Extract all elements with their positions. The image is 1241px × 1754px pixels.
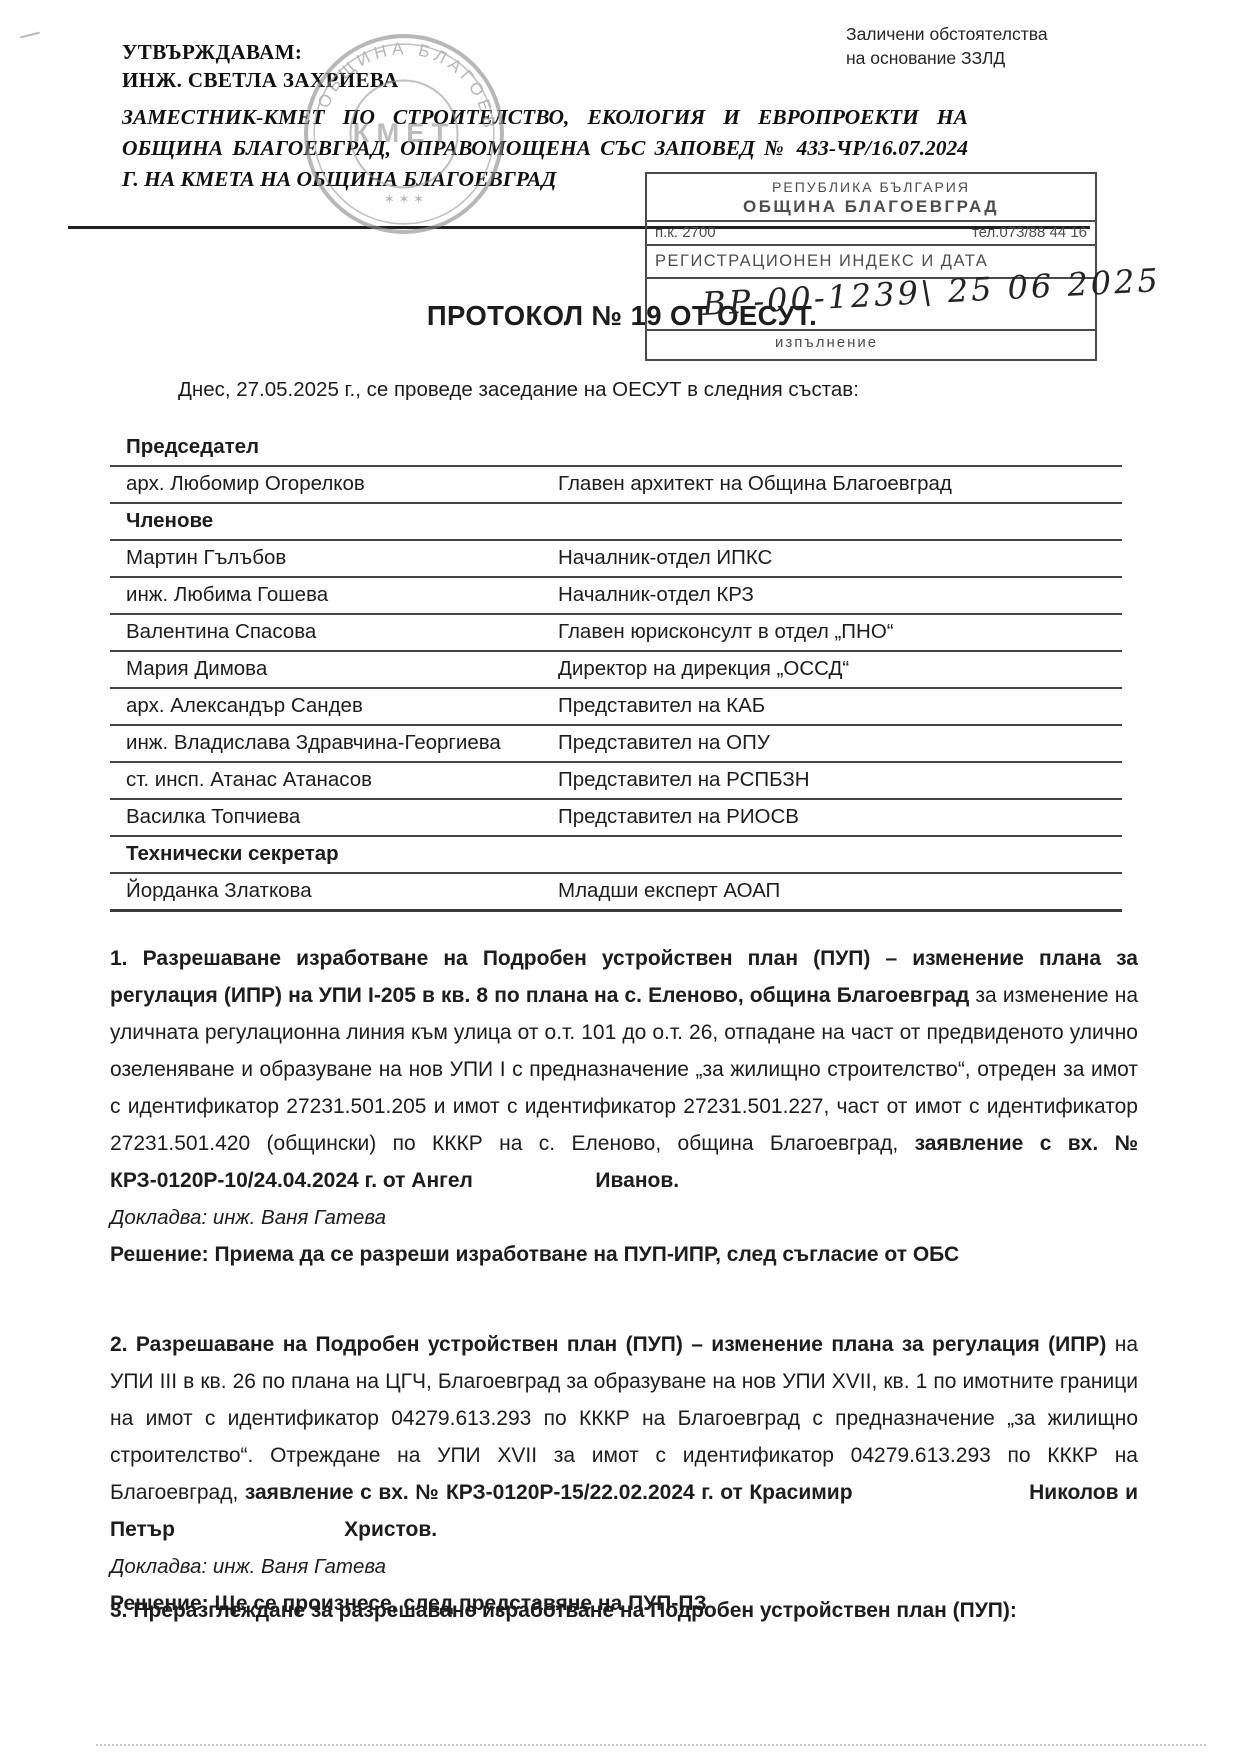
scan-corner-artifact — [20, 32, 40, 39]
member-name: инж. Любима Гошева — [110, 577, 542, 614]
member-name: инж. Владислава Здравчина-Георгиева — [110, 725, 542, 762]
member-role: Главен архитект на Община Благоевград — [542, 466, 1122, 503]
approver-title-line1: ЗАМЕСТНИК-КМЕТ ПО СТРОИТЕЛСТВО, ЕКОЛОГИЯ… — [122, 102, 968, 133]
scanned-protocol-page: Заличени обстоятелства на основание ЗЗЛД… — [0, 0, 1241, 1754]
member-name: Йорданка Златкова — [110, 873, 542, 911]
agenda-item-2: 2. Разрешаване на Подробен устройствен п… — [110, 1326, 1138, 1622]
member-role: Директор на дирекция „ОССД“ — [542, 651, 1122, 688]
member-name: арх. Александър Сандев — [110, 688, 542, 725]
registry-stamp-municipality: ОБЩИНА БЛАГОЕВГРАД — [651, 197, 1091, 217]
council-section-label: Технически секретар — [110, 836, 1122, 873]
member-role: Началник-отдел КРЗ — [542, 577, 1122, 614]
member-role: Младши експерт АОАП — [542, 873, 1122, 911]
registry-stamp-postal: п.к. 2700 — [655, 224, 716, 241]
intro-line: Днес, 27.05.2025 г., се проведе заседани… — [178, 378, 859, 402]
agenda-item-1: 1. Разрешаване изработване на Подробен у… — [110, 940, 1138, 1273]
council-member-row: инж. Любима Гошева Началник-отдел КРЗ — [110, 577, 1122, 614]
item-text-bold: заявление с вх. № КРЗ-0120Р-15/22.02.202… — [110, 1481, 1138, 1541]
member-name: Мартин Гълъбов — [110, 540, 542, 577]
member-name: Мария Димова — [110, 651, 542, 688]
council-member-row: Василка Топчиева Представител на РИОСВ — [110, 799, 1122, 836]
member-role: Представител на РИОСВ — [542, 799, 1122, 836]
agenda-item-2-reporter: Докладва: инж. Ваня Гатева — [110, 1548, 1138, 1585]
approver-name: ИНЖ. СВЕТЛА ЗАХРИЕВА — [122, 66, 968, 94]
scan-bottom-artifact — [96, 1744, 1206, 1746]
registry-stamp-index-row: ВР-00-1239\ 25 06 2025 — [647, 279, 1095, 331]
approval-label: УТВЪРЖДАВАМ: — [122, 38, 968, 66]
item-text-bold: 2. Разрешаване на Подробен устройствен п… — [110, 1333, 1115, 1356]
agenda-item-1-paragraph: 1. Разрешаване изработване на Подробен у… — [110, 940, 1138, 1199]
council-section-chairman: Председател — [110, 430, 1122, 466]
council-member-row: ст. инсп. Атанас Атанасов Представител н… — [110, 762, 1122, 799]
member-role: Представител на ОПУ — [542, 725, 1122, 762]
item-text: за изменение на уличната регулационна ли… — [110, 984, 1138, 1155]
council-member-row: Валентина Спасова Главен юрисконсулт в о… — [110, 614, 1122, 651]
member-name: ст. инсп. Атанас Атанасов — [110, 762, 542, 799]
council-section-members: Членове — [110, 503, 1122, 540]
member-name: Валентина Спасова — [110, 614, 542, 651]
registry-stamp-footer: изпълнение — [647, 331, 1095, 359]
council-table: Председател арх. Любомир Огорелков Главе… — [110, 430, 1122, 912]
council-member-row: арх. Любомир Огорелков Главен архитект н… — [110, 466, 1122, 503]
member-name: Василка Топчиева — [110, 799, 542, 836]
council-section-secretary: Технически секретар — [110, 836, 1122, 873]
member-role: Представител на РСПБЗН — [542, 762, 1122, 799]
registry-stamp-country: РЕПУБЛИКА БЪЛГАРИЯ — [651, 179, 1091, 195]
agenda-item-2-paragraph: 2. Разрешаване на Подробен устройствен п… — [110, 1326, 1138, 1548]
council-member-row: Мартин Гълъбов Началник-отдел ИПКС — [110, 540, 1122, 577]
council-section-label: Членове — [110, 503, 1122, 540]
council-section-label: Председател — [110, 430, 1122, 466]
approver-title-line2: ОБЩИНА БЛАГОЕВГРАД, ОПРАВОМОЩЕНА СЪС ЗАП… — [122, 133, 968, 164]
member-role: Началник-отдел ИПКС — [542, 540, 1122, 577]
member-name: арх. Любомир Огорелков — [110, 466, 542, 503]
council-member-row: арх. Александър Сандев Представител на К… — [110, 688, 1122, 725]
agenda-item-1-decision: Решение: Приема да се разреши изработван… — [110, 1236, 1138, 1273]
agenda-item-3-paragraph: 3. Преразглеждане за разрешаване изработ… — [110, 1592, 1138, 1629]
council-member-row: Йорданка Златкова Младши експерт АОАП — [110, 873, 1122, 911]
member-role: Главен юрисконсулт в отдел „ПНО“ — [542, 614, 1122, 651]
registry-stamp-header: РЕПУБЛИКА БЪЛГАРИЯ ОБЩИНА БЛАГОЕВГРАД — [647, 174, 1095, 222]
council-member-row: Мария Димова Директор на дирекция „ОССД“ — [110, 651, 1122, 688]
registry-stamp-contacts: п.к. 2700 тел.073/88 44 16 — [647, 222, 1095, 246]
agenda-item-1-reporter: Докладва: инж. Ваня Гатева — [110, 1199, 1138, 1236]
registry-stamp-phone: тел.073/88 44 16 — [972, 224, 1087, 241]
item-text: на УПИ III в кв. 26 по плана на ЦГЧ, Бла… — [110, 1333, 1138, 1504]
registry-stamp-box: РЕПУБЛИКА БЪЛГАРИЯ ОБЩИНА БЛАГОЕВГРАД п.… — [645, 172, 1097, 361]
item-text-bold: 3. Преразглеждане за разрешаване изработ… — [110, 1599, 1017, 1622]
member-role: Представител на КАБ — [542, 688, 1122, 725]
council-member-row: инж. Владислава Здравчина-Георгиева Пред… — [110, 725, 1122, 762]
agenda-item-3: 3. Преразглеждане за разрешаване изработ… — [110, 1592, 1138, 1629]
